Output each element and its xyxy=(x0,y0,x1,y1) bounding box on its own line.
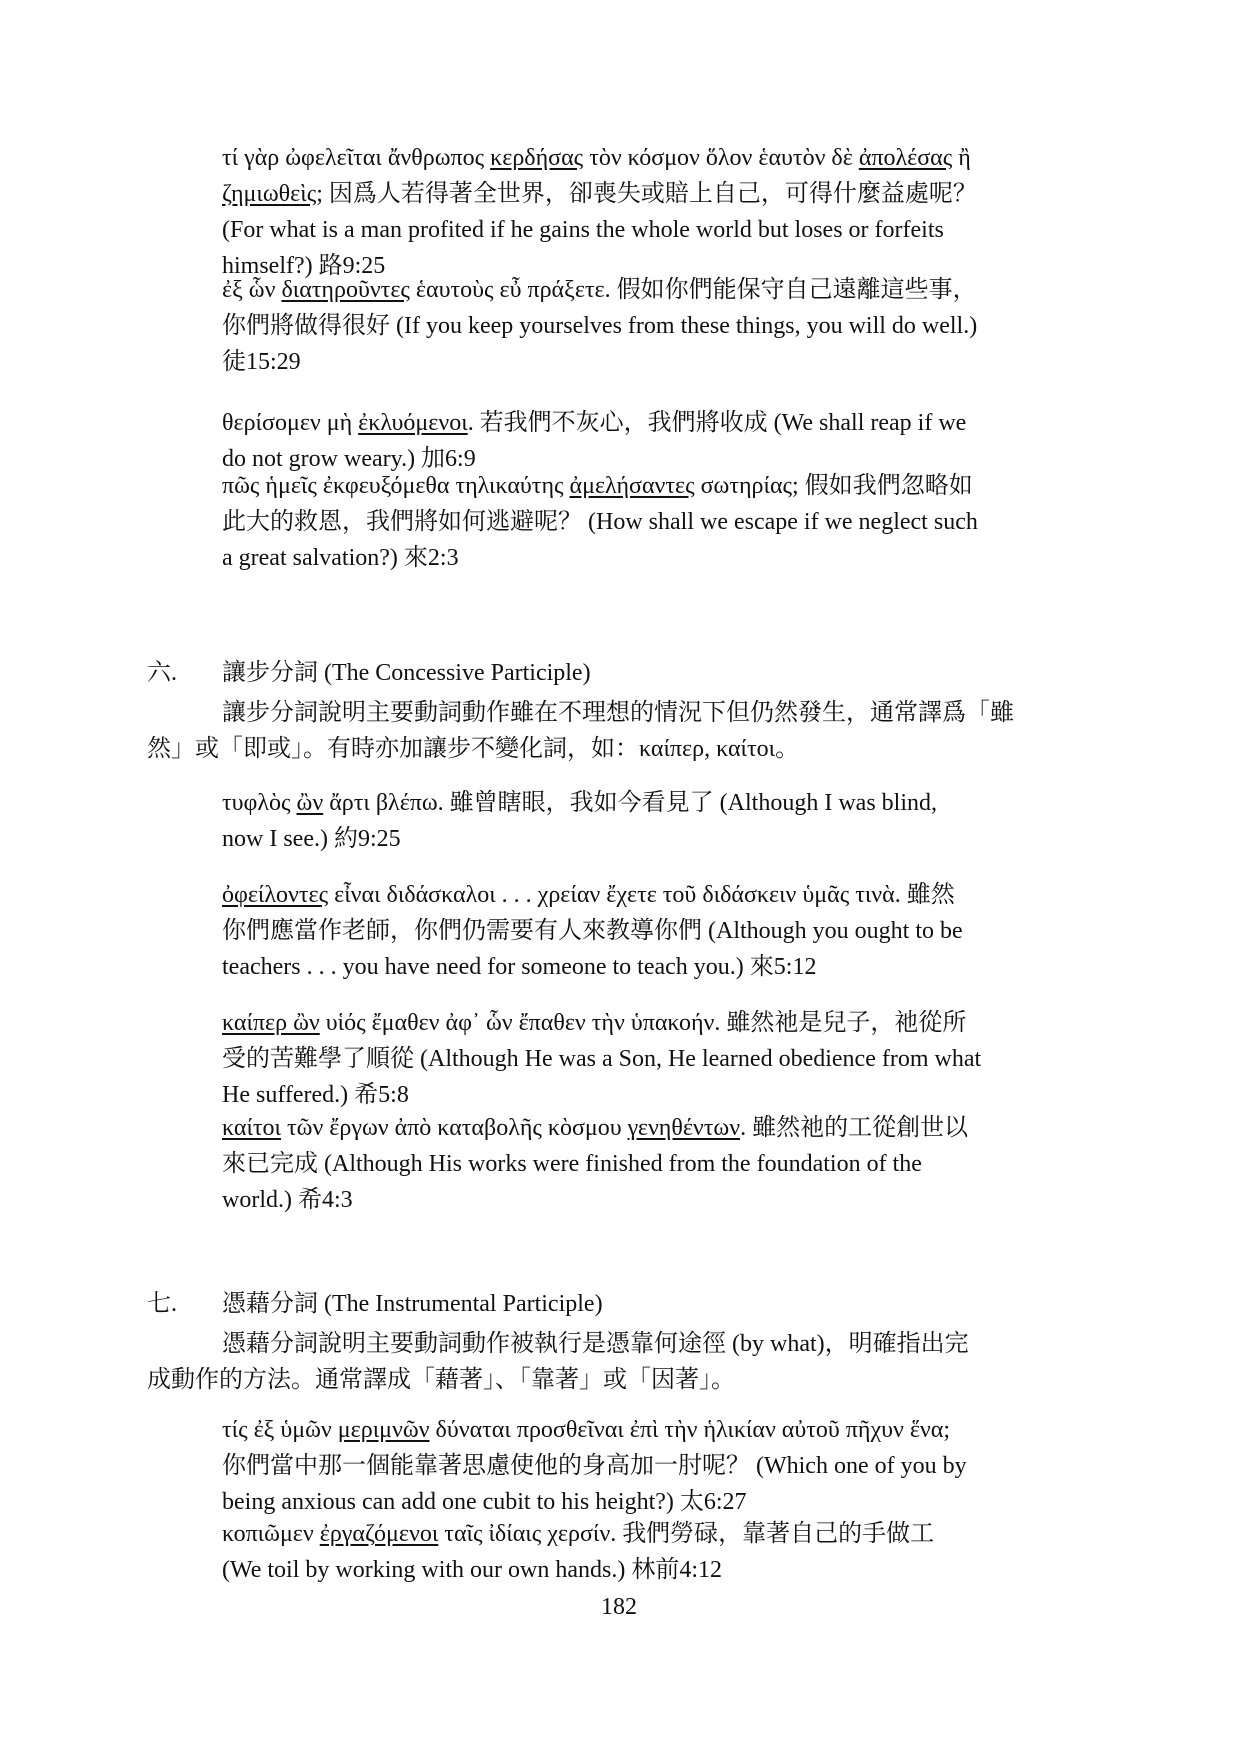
underlined-participle: ζημιωθεὶς xyxy=(222,181,316,207)
example-luke-9-25: τί γὰρ ὠφελεῖται ἄνθρωπος κερδήσας τὸν κ… xyxy=(222,140,1092,284)
example-line: ὀφείλοντες εἶναι διδάσκαλοι . . . χρείαν… xyxy=(222,877,1092,913)
example-line: ἐξ ὧν διατηροῦντες ἑαυτοὺς εὖ πράξετε. 假… xyxy=(222,272,1092,308)
example-line: καίπερ ὢν υἱός ἔμαθεν ἀφ᾽ ὧν ἔπαθεν τὴν … xyxy=(222,1005,1092,1041)
example-line: 你們將做得很好 (If you keep yourselves from the… xyxy=(222,308,1092,344)
example-line: 你們應當作老師，你們仍需要有人來教導你們 (Although you ought… xyxy=(222,913,1092,949)
underlined-participle: ὢν xyxy=(297,790,324,816)
example-line: πῶς ἡμεῖς ἐκφευξόμεθα τηλικαύτης ἀμελήσα… xyxy=(222,468,1092,504)
underlined-participle: ἐργαζόμενοι xyxy=(320,1521,439,1547)
section-heading-instrumental: 七.憑藉分詞 (The Instrumental Participle) xyxy=(147,1286,603,1322)
underlined-participle: ὀφείλοντες xyxy=(222,882,328,908)
example-heb-5-12: ὀφείλοντες εἶναι διδάσκαλοι . . . χρείαν… xyxy=(222,877,1092,985)
example-line: 此大的救恩，我們將如何逃避呢？ (How shall we escape if … xyxy=(222,504,1092,540)
paragraph-line: 憑藉分詞說明主要動詞動作被執行是憑靠何途徑 (by what)，明確指出完 xyxy=(147,1326,1097,1362)
example-line: teachers . . . you have need for someone… xyxy=(222,949,1092,985)
section-title: 讓步分詞 (The Concessive Participle) xyxy=(222,660,591,686)
example-line: 你們當中那一個能靠著思慮使他的身高加一肘呢？ (Which one of you… xyxy=(222,1448,1092,1484)
section-title: 憑藉分詞 (The Instrumental Participle) xyxy=(222,1291,603,1317)
document-page: τί γὰρ ὠφελεῖται ἄνθρωπος κερδήσας τὸν κ… xyxy=(0,0,1238,1750)
example-line: He suffered.) 希5:8 xyxy=(222,1077,1092,1113)
example-line: (We toil by working with our own hands.)… xyxy=(222,1552,1092,1588)
section-heading-concessive: 六.讓步分詞 (The Concessive Participle) xyxy=(147,655,591,691)
example-1cor-4-12: κοπιῶμεν ἐργαζόμενοι ταῖς ἰδίαις χερσίν.… xyxy=(222,1516,1092,1588)
underlined-participle: γενηθέντων xyxy=(628,1115,740,1141)
example-line: (For what is a man profited if he gains … xyxy=(222,212,1092,248)
example-line: κοπιῶμεν ἐργαζόμενοι ταῖς ἰδίαις χερσίν.… xyxy=(222,1516,1092,1552)
example-line: καίτοι τῶν ἔργων ἀπὸ καταβολῆς κὸσμου γε… xyxy=(222,1110,1092,1146)
example-line: a great salvation?) 來2:3 xyxy=(222,540,1092,576)
underlined-participle: ἐκλυόμενοι xyxy=(358,410,468,436)
example-line: θερίσομεν μὴ ἐκλυόμενοι. 若我們不灰心，我們將收成 (W… xyxy=(222,405,1092,441)
example-acts-15-29: ἐξ ὧν διατηροῦντες ἑαυτοὺς εὖ πράξετε. 假… xyxy=(222,272,1092,380)
paragraph-line: 讓步分詞說明主要動詞動作雖在不理想的情況下但仍然發生，通常譯爲「雖 xyxy=(147,695,1097,731)
example-heb-5-8: καίπερ ὢν υἱός ἔμαθεν ἀφ᾽ ὧν ἔπαθεν τὴν … xyxy=(222,1005,1092,1113)
section-number: 七. xyxy=(147,1286,222,1322)
example-john-9-25: τυφλὸς ὢν ἄρτι βλέπω. 雖曾瞎眼，我如今看見了 (Altho… xyxy=(222,785,1092,857)
underlined-participle: μεριμνῶν xyxy=(338,1417,430,1443)
section-paragraph-instrumental: 憑藉分詞說明主要動詞動作被執行是憑靠何途徑 (by what)，明確指出完 成動… xyxy=(147,1326,1097,1398)
example-line: 徒15:29 xyxy=(222,344,1092,380)
underlined-participle: ἀμελήσαντες xyxy=(570,473,695,499)
example-line: being anxious can add one cubit to his h… xyxy=(222,1484,1092,1520)
example-heb-2-3: πῶς ἡμεῖς ἐκφευξόμεθα τηλικαύτης ἀμελήσα… xyxy=(222,468,1092,576)
example-heb-4-3: καίτοι τῶν ἔργων ἀπὸ καταβολῆς κὸσμου γε… xyxy=(222,1110,1092,1218)
underlined-participle: καίπερ ὢν xyxy=(222,1010,320,1036)
example-line: τυφλὸς ὢν ἄρτι βλέπω. 雖曾瞎眼，我如今看見了 (Altho… xyxy=(222,785,1092,821)
underlined-participle: καίτοι xyxy=(222,1115,281,1141)
example-line: τί γὰρ ὠφελεῖται ἄνθρωπος κερδήσας τὸν κ… xyxy=(222,140,1092,176)
example-line: 受的苦難學了順從 (Although He was a Son, He lear… xyxy=(222,1041,1092,1077)
section-paragraph-concessive: 讓步分詞說明主要動詞動作雖在不理想的情況下但仍然發生，通常譯爲「雖 然」或「即或… xyxy=(147,695,1097,767)
example-matt-6-27: τίς ἐξ ὑμῶν μεριμνῶν δύναται προσθεῖναι … xyxy=(222,1412,1092,1520)
example-gal-6-9: θερίσομεν μὴ ἐκλυόμενοι. 若我們不灰心，我們將收成 (W… xyxy=(222,405,1092,477)
page-number: 182 xyxy=(0,1594,1238,1621)
underlined-participle: ἀπολέσας xyxy=(859,145,952,171)
underlined-participle: κερδήσας xyxy=(490,145,583,171)
example-line: now I see.) 約9:25 xyxy=(222,821,1092,857)
section-number: 六. xyxy=(147,655,222,691)
example-line: τίς ἐξ ὑμῶν μεριμνῶν δύναται προσθεῖναι … xyxy=(222,1412,1092,1448)
paragraph-line: 然」或「即或」。有時亦加讓步不變化詞，如：καίπερ, καίτοι。 xyxy=(147,731,1097,767)
example-line: ζημιωθεὶς; 因爲人若得著全世界，卻喪失或賠上自己，可得什麼益處呢？ xyxy=(222,176,1092,212)
example-line: 來已完成 (Although His works were finished f… xyxy=(222,1146,1092,1182)
example-line: world.) 希4:3 xyxy=(222,1182,1092,1218)
underlined-participle: διατηροῦντες xyxy=(281,277,409,303)
paragraph-line: 成動作的方法。通常譯成「藉著」、「靠著」或「因著」。 xyxy=(147,1362,1097,1398)
